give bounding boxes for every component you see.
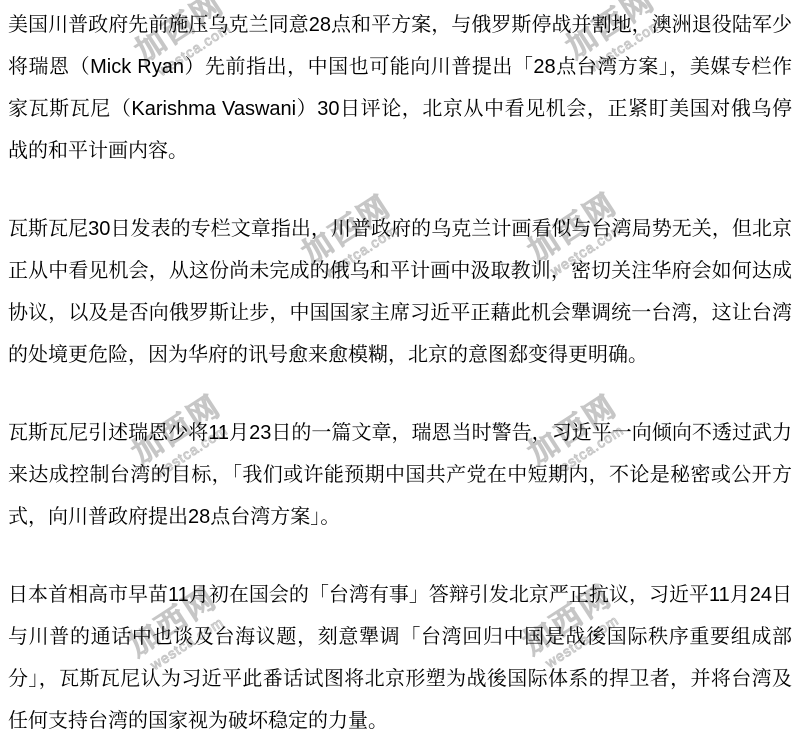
article-paragraph: 日本首相高市早苗11月初在国会的「台湾有事」答辩引发北京严正抗议，习近平11月2… [8,574,792,736]
article-paragraph: 美国川普政府先前施压乌克兰同意28点和平方案，与俄罗斯停战并割地，澳洲退役陆军少… [8,4,792,172]
article-body: 美国川普政府先前施压乌克兰同意28点和平方案，与俄罗斯停战并割地，澳洲退役陆军少… [0,0,800,736]
article-paragraph: 瓦斯瓦尼30日发表的专栏文章指出，川普政府的乌克兰计画看似与台湾局势无关，但北京… [8,208,792,376]
article-paragraph: 瓦斯瓦尼引述瑞恩少将11月23日的一篇文章，瑞恩当时警告，习近平一向倾向不透过武… [8,412,792,538]
article-page: 加西网westca.com加西网westca.com加西网westca.com加… [0,0,800,736]
